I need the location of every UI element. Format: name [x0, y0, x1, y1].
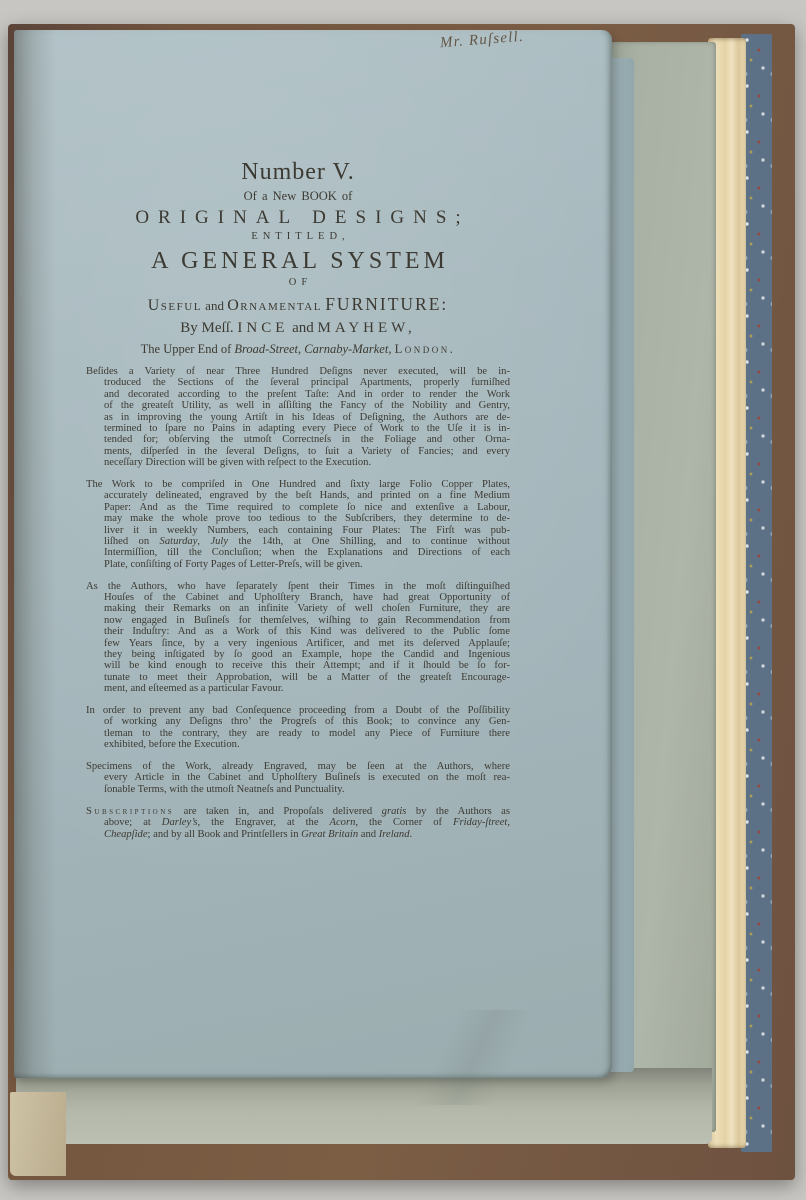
paper-crease — [334, 1010, 604, 1105]
text-line: Intermiſſion, till the Concluſion; when … — [86, 547, 510, 558]
paragraph: Beſides a Variety of near Three Hundred … — [86, 366, 510, 469]
furniture-line: Useful and Ornamental FURNITURE: — [86, 295, 510, 315]
text-line: of working any Deſigns thro’ the Progreſ… — [86, 716, 510, 727]
text-line: as in improving the young Artiſt in his … — [86, 412, 510, 423]
general-system-line: A GENERAL SYSTEM — [86, 249, 510, 273]
text-line: Subscriptions are taken in, and Propoſal… — [86, 806, 510, 817]
issue-number-line: Number V. — [86, 160, 510, 184]
of-line: OF — [86, 278, 510, 289]
new-book-of-line: Of a New BOOK of — [86, 190, 510, 203]
text-line: troduced the Sections of the ſeveral pri… — [86, 377, 510, 388]
heading-segment: By Meſſ. — [180, 320, 237, 336]
text-line: neceſſary Direction will be given with r… — [86, 457, 510, 468]
heading-segment: Broad-Street — [234, 342, 298, 356]
heading-segment: INCE — [237, 320, 288, 336]
text-line: Specimens of the Work, already Engraved,… — [86, 761, 510, 772]
text-line: every Article in the Cabinet and Upholſt… — [86, 772, 510, 783]
text-line: Beſides a Variety of near Three Hundred … — [86, 366, 510, 377]
heading-segment: and — [202, 298, 227, 313]
handwritten-inscription: Mr. Ruſsell. — [439, 29, 524, 53]
text-line: making their Remarks on an infinite Vari… — [86, 603, 510, 614]
byline-ince-mayhew: By Meſſ. INCE and MAYHEW, — [86, 321, 510, 337]
text-line: liſhed on Saturday, July the 14th, at On… — [86, 536, 510, 547]
title-heading: Number V. Of a New BOOK of ORIGINAL DESI… — [86, 160, 510, 356]
prospectus-paragraphs: Beſides a Variety of near Three Hundred … — [86, 366, 510, 840]
paragraph: As the Authors, who have ſeparately ſpen… — [86, 581, 510, 695]
text-line: tended for; obſerving the utmoſt Correct… — [86, 434, 510, 445]
heading-segment: The Upper End of — [141, 342, 235, 356]
text-line: In order to prevent any bad Conſequence … — [86, 705, 510, 716]
text-line: may make the whole prove too tedious to … — [86, 513, 510, 524]
heading-segment: London. — [395, 342, 456, 356]
entitled-line: ENTITLED, — [86, 232, 510, 243]
text-line: will be kind enough to receive this thei… — [86, 660, 510, 671]
text-line: of the greateſt Utility, as well in aſſi… — [86, 400, 510, 411]
heading-segment: Useful — [148, 297, 202, 314]
address-line: The Upper End of Broad-Street, Carnaby-M… — [86, 343, 510, 356]
paragraph: In order to prevent any bad Conſequence … — [86, 705, 510, 751]
paragraph: The Work to be compriſed in One Hundred … — [86, 479, 510, 570]
heading-segment: FURNITURE: — [325, 294, 448, 314]
text-line: Plate, conſiſting of Forty Pages of Lett… — [86, 559, 510, 570]
text-line: few Years ſince, by a very ingenious Art… — [86, 638, 510, 649]
text-line: they being inſtigated by ſo good an Exam… — [86, 649, 510, 660]
text-line: exhibited, before the Execution. — [86, 739, 510, 750]
text-line: As the Authors, who have ſeparately ſpen… — [86, 581, 510, 592]
text-line: liver it in weekly Numbers, each contain… — [86, 525, 510, 536]
text-line: termined to ſpare no Pains in adapting e… — [86, 423, 510, 434]
paragraph: Specimens of the Work, already Engraved,… — [86, 761, 510, 795]
paragraph: Subscriptions are taken in, and Propoſal… — [86, 806, 510, 840]
text-line: and decorated according to the preſent T… — [86, 389, 510, 400]
text-line: now engaged in Buſineſs for themſelves, … — [86, 615, 510, 626]
heading-segment: and — [288, 320, 317, 336]
text-line: above; at Darley’s, the Engraver, at the… — [86, 817, 510, 828]
text-line: tleman to the contrary, they are ready t… — [86, 728, 510, 739]
text-line: tunate to meet their Approbation, will b… — [86, 672, 510, 683]
heading-segment: Ornamental — [227, 297, 322, 314]
heading-segment: Carnaby-Market — [304, 342, 388, 356]
gutter-shadow — [14, 30, 56, 1078]
text-line: The Work to be compriſed in One Hundred … — [86, 479, 510, 490]
text-line: ments, diſperſed in the ſeveral Deſigns,… — [86, 446, 510, 457]
text-line: Cheapſide; and by all Book and Printſell… — [86, 829, 510, 840]
book-photograph: Mr. Ruſsell. Number V. Of a New BOOK of … — [0, 0, 806, 1200]
original-designs-line: ORIGINAL DESIGNS; — [86, 208, 510, 227]
text-line: their Induſtry: And as a Work of this Ki… — [86, 626, 510, 637]
blue-prospectus-page: Mr. Ruſsell. Number V. Of a New BOOK of … — [14, 30, 612, 1078]
text-line: ſonable Terms, with the utmoſt Neatneſs … — [86, 784, 510, 795]
text-line: Paper: And as the Time required to compl… — [86, 502, 510, 513]
text-line: ment, and eſteemed as a particular Favou… — [86, 683, 510, 694]
printed-text-block: Number V. Of a New BOOK of ORIGINAL DESI… — [86, 160, 510, 850]
text-line: Houſes of the Cabinet and Upholſtery Bra… — [86, 592, 510, 603]
heading-segment: MAYHEW, — [318, 320, 416, 336]
text-line: accurately delineated, engraved by the b… — [86, 490, 510, 501]
cover-corner-bottom-left — [10, 1092, 66, 1176]
